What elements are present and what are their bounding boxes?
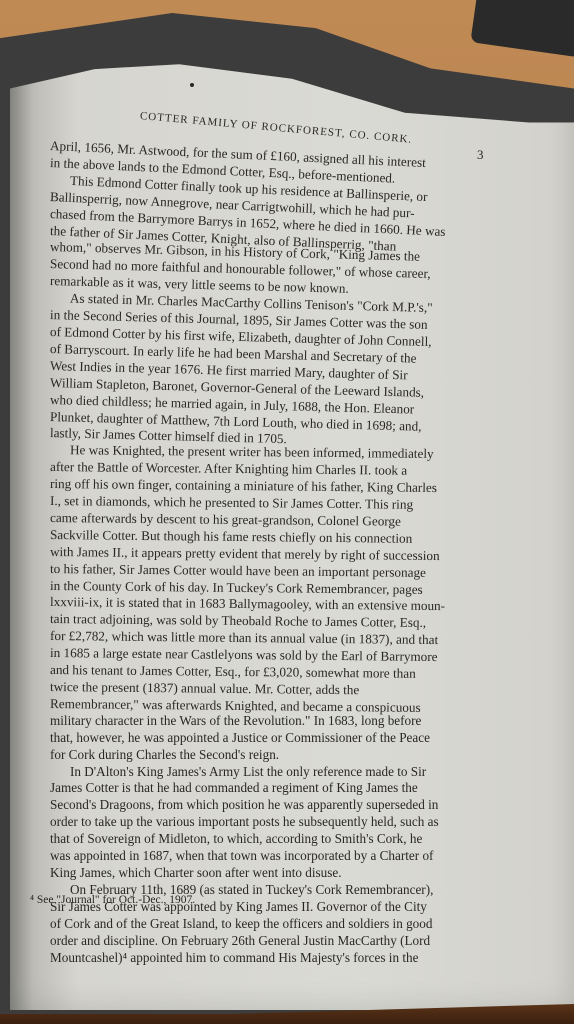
desk-strap: [470, 0, 574, 57]
text-line: for Cork during Charles the Second's rei…: [50, 747, 540, 764]
text-line: James Cotter is that he had commanded a …: [50, 780, 540, 797]
text-line: that of Sovereign of Midleton, to which,…: [50, 831, 540, 848]
text-line: King James, which Charter soon after wen…: [50, 865, 540, 882]
text-line: Second's Dragoons, from which position h…: [50, 797, 540, 814]
print-mark: [190, 83, 194, 87]
text-line: Mountcashel)⁴ appointed him to command H…: [50, 950, 540, 967]
text-line: that, however, he was appointed a Justic…: [50, 730, 540, 747]
text-line: order to take up the various important p…: [50, 814, 540, 831]
text-line: of Cork and of the Great Island, to keep…: [50, 916, 540, 933]
text-line: was appointed in 1687, when that town wa…: [50, 848, 540, 865]
text-line: In D'Alton's King James's Army List the …: [50, 764, 540, 781]
text-line: order and discipline. On February 26th G…: [50, 933, 540, 950]
body-text: April, 1656, Mr. Astwood, for the sum of…: [50, 138, 540, 966]
footnote: ⁴ See "Journal" for Oct.-Dec., 1907.: [30, 894, 195, 906]
